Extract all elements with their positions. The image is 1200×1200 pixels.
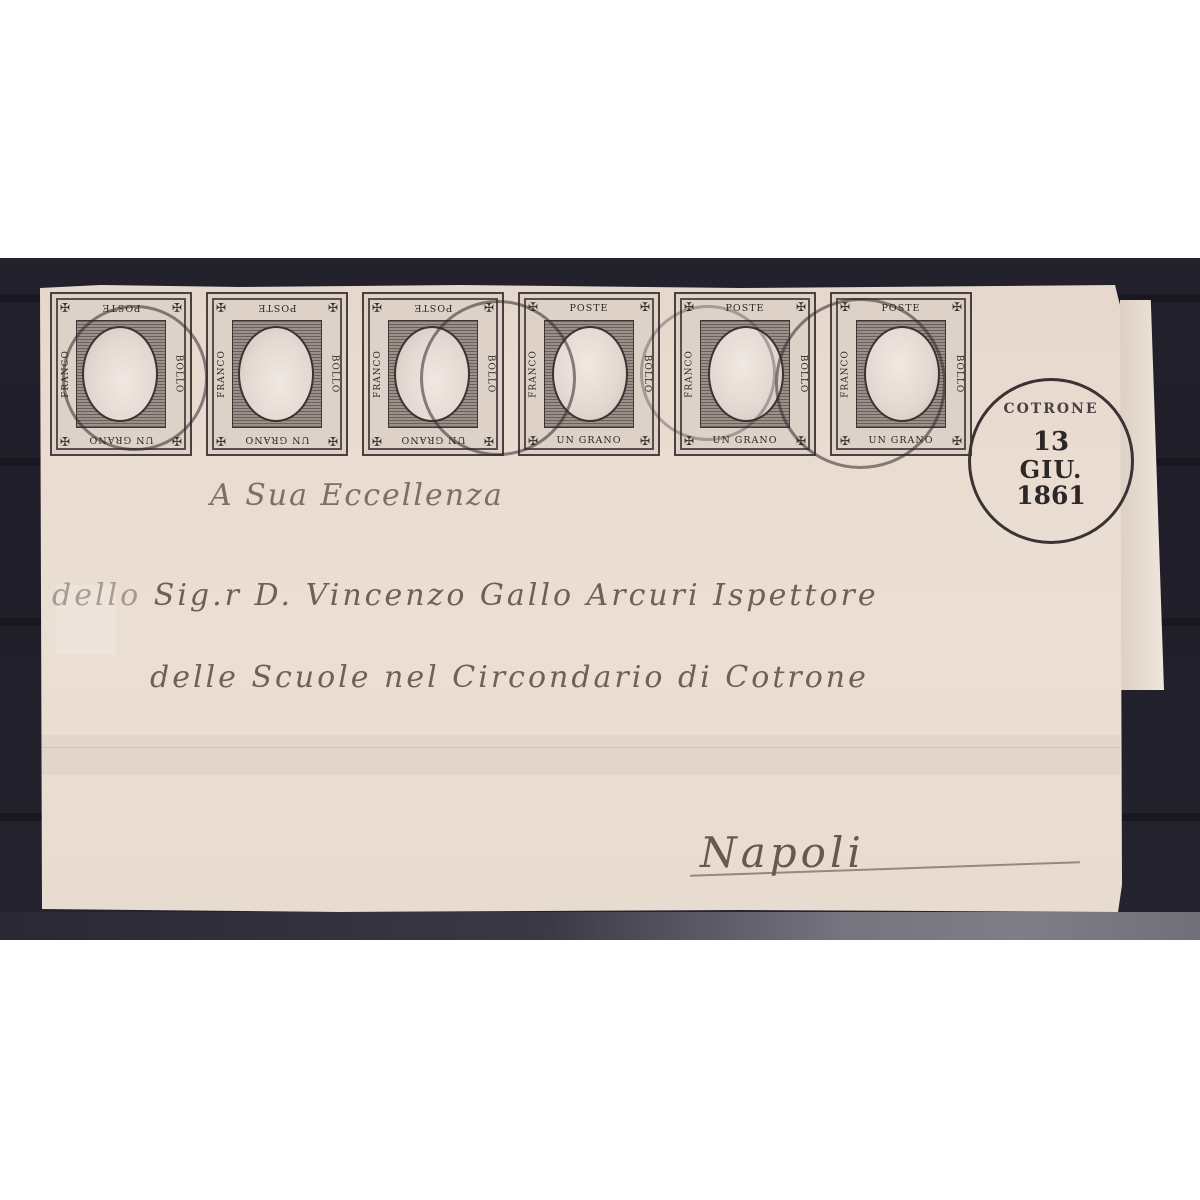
cross-ornament-icon: ✠ xyxy=(638,434,652,448)
cross-ornament-icon: ✠ xyxy=(58,300,72,314)
cross-ornament-icon: ✠ xyxy=(58,434,72,448)
cancellation-ring xyxy=(640,305,776,441)
postmark-month: GIU. xyxy=(971,455,1131,484)
cross-ornament-icon: ✠ xyxy=(214,434,228,448)
address-line-2-text: Sig.r D. Vincenzo Gallo Arcuri Ispettore xyxy=(154,578,879,613)
address-line-3: delle Scuole nel Circondario di Cotrone xyxy=(150,660,869,695)
cross-ornament-icon: ✠ xyxy=(214,300,228,314)
address-line-2-prefix: dello xyxy=(52,578,141,613)
cross-ornament-icon: ✠ xyxy=(794,300,808,314)
date-postmark: COTRONE 13 GIU. 1861 xyxy=(968,378,1134,544)
cross-ornament-icon: ✠ xyxy=(638,300,652,314)
cancellation-ring xyxy=(62,305,208,451)
stamp-label-right: FRANCO xyxy=(217,350,227,398)
cross-ornament-icon: ✠ xyxy=(370,300,384,314)
stamp-label-left: BOLLO xyxy=(329,355,339,394)
cancellation-ring xyxy=(775,298,946,469)
postmark-town: COTRONE xyxy=(971,401,1131,417)
cancellation-ring xyxy=(420,300,576,456)
king-portrait-oval xyxy=(238,326,314,422)
fold-band xyxy=(40,735,1120,775)
postmark-day: 13 xyxy=(971,427,1131,457)
address-line-1: A Sua Eccellenza xyxy=(210,478,504,513)
cross-ornament-icon: ✠ xyxy=(326,300,340,314)
stamp: UN GRANO POSTE BOLLO FRANCO ✠ ✠ ✠ ✠ xyxy=(206,292,348,456)
stamp-label-bottom: POSTE xyxy=(232,302,322,313)
stamp-label-right: FRANCO xyxy=(373,350,383,398)
cross-ornament-icon: ✠ xyxy=(326,434,340,448)
fold-line xyxy=(40,747,1120,748)
stamp-label-top: UN GRANO xyxy=(232,434,322,445)
address-line-2: dello Sig.r D. Vincenzo Gallo Arcuri Isp… xyxy=(52,578,879,613)
cross-ornament-icon: ✠ xyxy=(950,434,964,448)
stamp-label-top: POSTE xyxy=(544,303,634,314)
stamp-label-bottom: UN GRANO xyxy=(544,435,634,446)
cross-ornament-icon: ✠ xyxy=(370,434,384,448)
cross-ornament-icon: ✠ xyxy=(950,300,964,314)
backdrop-reflection xyxy=(0,912,1200,940)
postmark-year: 1861 xyxy=(971,481,1131,510)
cross-ornament-icon: ✠ xyxy=(170,300,184,314)
stamp-label-right: BOLLO xyxy=(953,355,963,394)
